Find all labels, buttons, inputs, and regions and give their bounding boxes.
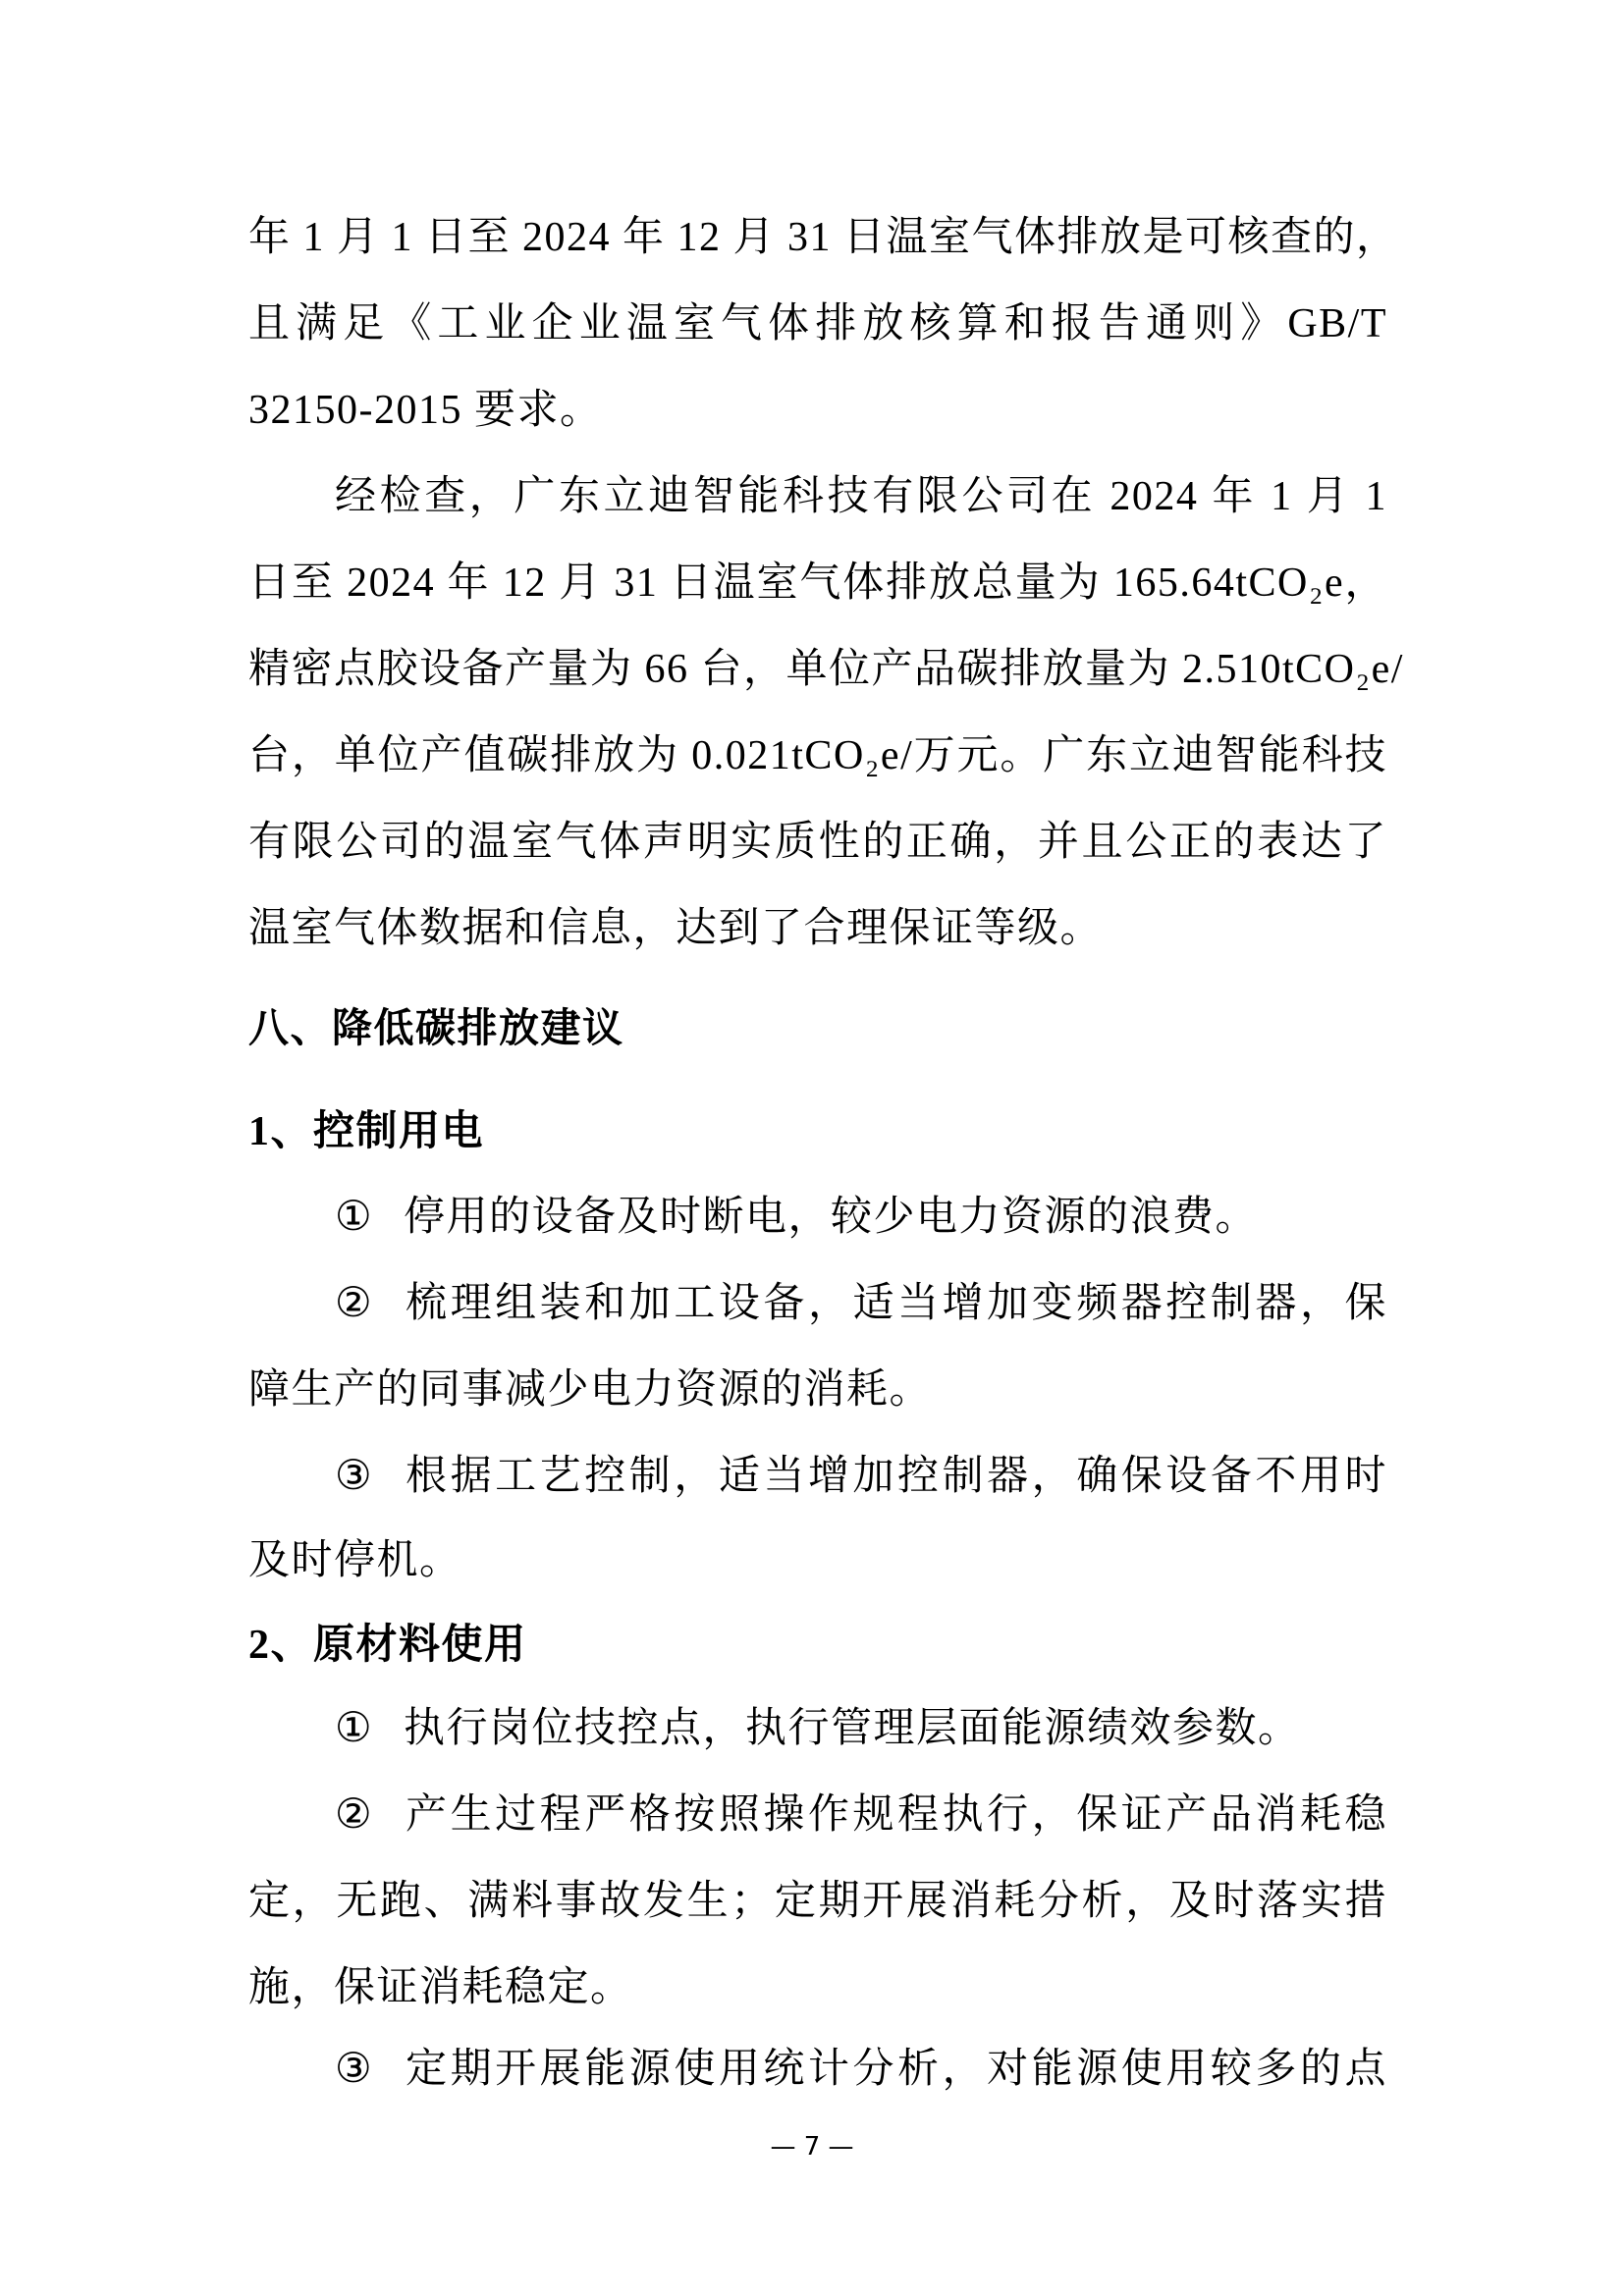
subsection-2-item-2: ②产生过程严格按照操作规程执行，保证产品消耗稳 — [335, 1786, 1387, 1844]
document-page: 年 1 月 1 日至 2024 年 12 月 31 日温室气体排放是可核查的， … — [0, 0, 1624, 2296]
list-marker: ② — [335, 1274, 404, 1333]
subsection-2-item-2-cont-2: 施，保证消耗稳定。 — [248, 1958, 1387, 2017]
subsection-2-heading: 2、原材料使用 — [248, 1616, 1387, 1675]
paragraph-1-line-3: 32150-2015 要求。 — [248, 381, 1387, 440]
subsection-1-item-3: ③根据工艺控制，适当增加控制器，确保设备不用时 — [335, 1447, 1387, 1506]
subsection-1-item-2-cont: 障生产的同事减少电力资源的消耗。 — [248, 1361, 1387, 1419]
list-marker: ① — [335, 1699, 404, 1758]
list-item-text: 梳理组装和加工设备，适当增加变频器控制器，保 — [404, 1281, 1387, 1326]
list-marker: ① — [335, 1188, 404, 1247]
paragraph-2-line-6: 温室气体数据和信息，达到了合理保证等级。 — [248, 899, 1387, 958]
paragraph-2-line-2: 日至 2024 年 12 月 31 日温室气体排放总量为 165.64tCO₂e… — [248, 554, 1387, 613]
subsection-1-item-1: ①停用的设备及时断电，较少电力资源的浪费。 — [335, 1188, 1387, 1247]
subsection-2-item-3: ③定期开展能源使用统计分析，对能源使用较多的点 — [335, 2040, 1387, 2099]
subsection-1-item-3-cont: 及时停机。 — [248, 1531, 1387, 1590]
paragraph-1-line-2: 且满足《工业企业温室气体排放核算和报告通则》GB/T — [248, 294, 1387, 353]
section-heading: 八、降低碳排放建议 — [248, 998, 1387, 1057]
list-item-text: 产生过程严格按照操作规程执行，保证产品消耗稳 — [404, 1792, 1387, 1838]
subsection-2-item-1: ①执行岗位技控点，执行管理层面能源绩效参数。 — [335, 1699, 1387, 1758]
subsection-1-heading: 1、控制用电 — [248, 1102, 1387, 1161]
paragraph-2-line-4: 台，单位产值碳排放为 0.021tCO₂e/万元。广东立迪智能科技 — [248, 726, 1387, 785]
page-number: — 7 — — [0, 2130, 1624, 2163]
subsection-1-item-2: ②梳理组装和加工设备，适当增加变频器控制器，保 — [335, 1274, 1387, 1333]
paragraph-2-line-1: 经检查，广东立迪智能科技有限公司在 2024 年 1 月 1 — [335, 467, 1387, 526]
list-marker: ③ — [335, 1447, 404, 1506]
list-marker: ② — [335, 1786, 404, 1844]
list-item-text: 定期开展能源使用统计分析，对能源使用较多的点 — [404, 2047, 1387, 2092]
list-marker: ③ — [335, 2040, 404, 2099]
list-item-text: 执行岗位技控点，执行管理层面能源绩效参数。 — [404, 1706, 1301, 1751]
subsection-2-item-2-cont-1: 定，无跑、满料事故发生；定期开展消耗分析，及时落实措 — [248, 1872, 1387, 1931]
paragraph-2-line-5: 有限公司的温室气体声明实质性的正确，并且公正的表达了 — [248, 813, 1387, 872]
paragraph-1-line-1: 年 1 月 1 日至 2024 年 12 月 31 日温室气体排放是可核查的， — [248, 208, 1387, 267]
list-item-text: 停用的设备及时断电，较少电力资源的浪费。 — [404, 1195, 1258, 1240]
list-item-text: 根据工艺控制，适当增加控制器，确保设备不用时 — [404, 1454, 1387, 1499]
paragraph-2-line-3: 精密点胶设备产量为 66 台，单位产品碳排放量为 2.510tCO₂e/ — [248, 640, 1387, 699]
